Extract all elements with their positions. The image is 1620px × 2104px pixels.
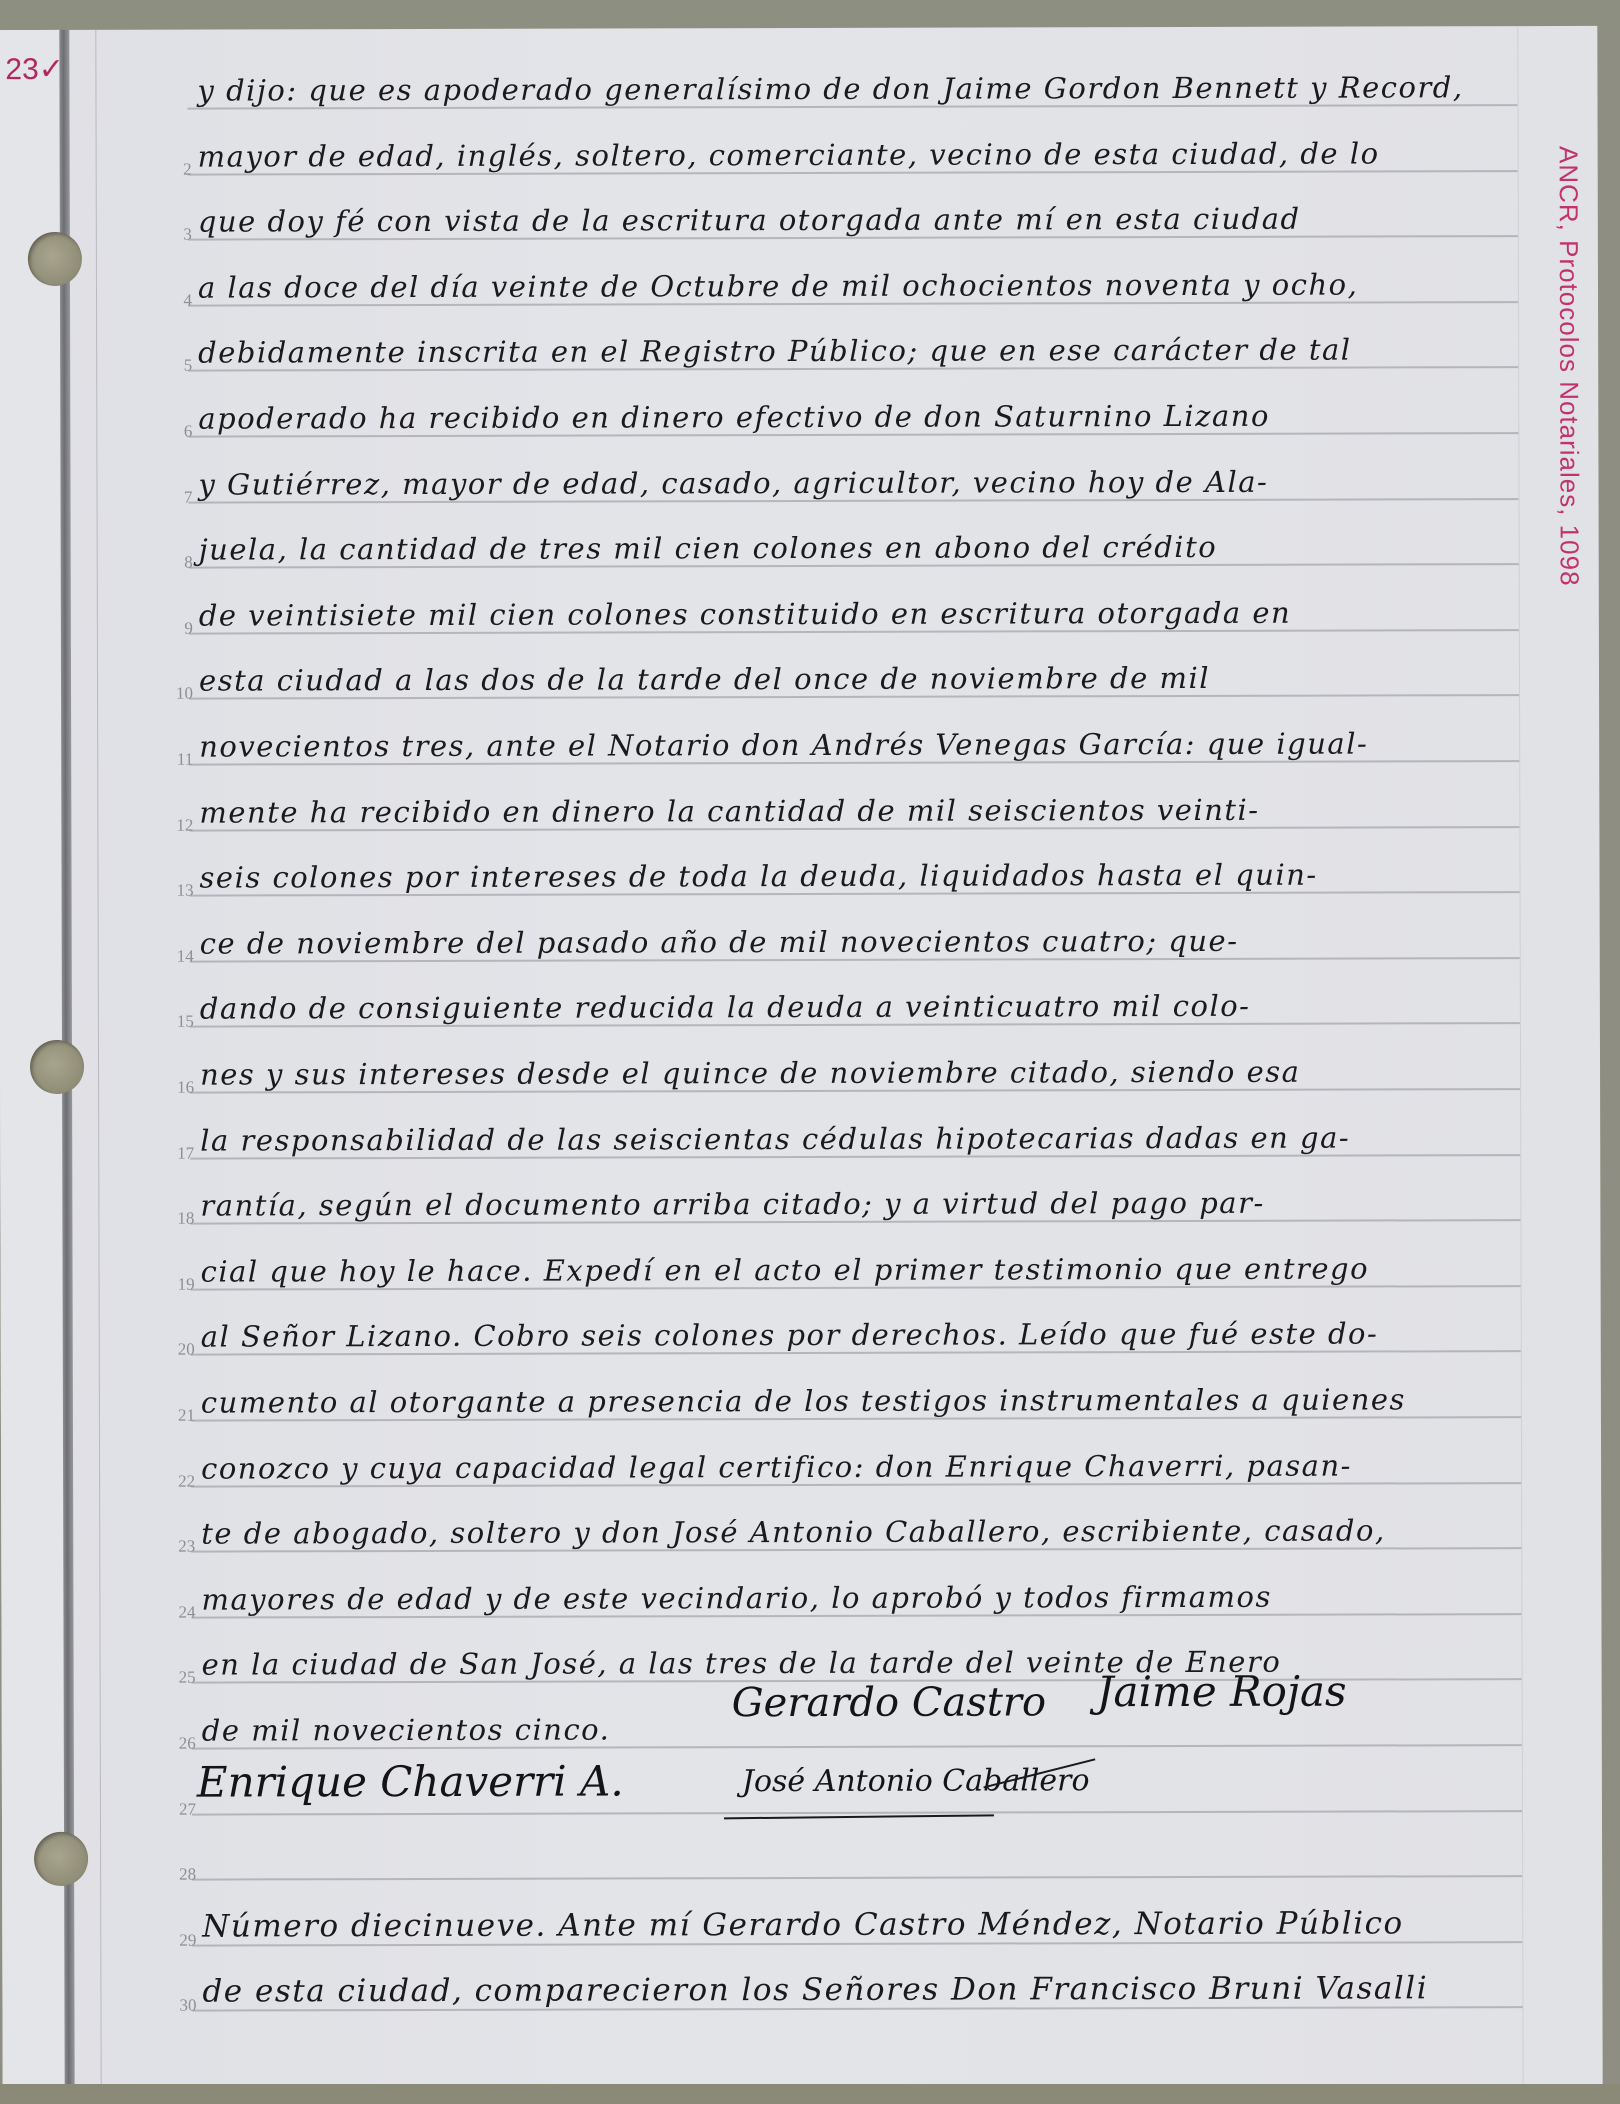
document-line: 30de esta ciudad, comparecieron los Seño… — [102, 1937, 1522, 2031]
page-number: 23✓ — [5, 52, 64, 87]
punch-hole-icon — [30, 1040, 84, 1094]
signature-grantor: Jaime Rojas — [1097, 1667, 1347, 1717]
signature-witness-chaverri: Enrique Chaverri A. — [197, 1756, 624, 1806]
scan-background-bottom — [0, 2084, 1620, 2104]
signature-notary: Gerardo Castro — [732, 1679, 1046, 1726]
punch-hole-icon — [34, 1832, 88, 1886]
handwritten-line-text: de esta ciudad, comparecieron los Señore… — [202, 1971, 1428, 2010]
signature-witness-caballero: José Antonio Caballero — [742, 1763, 1090, 1799]
punch-hole-icon — [28, 232, 82, 286]
document-page: 23✓ ANCR, Protocolos Notariales, 1098 y … — [0, 26, 1603, 2090]
archive-reference-note: ANCR, Protocolos Notariales, 1098 — [1553, 146, 1585, 587]
line-number: 30 — [160, 1996, 196, 2016]
